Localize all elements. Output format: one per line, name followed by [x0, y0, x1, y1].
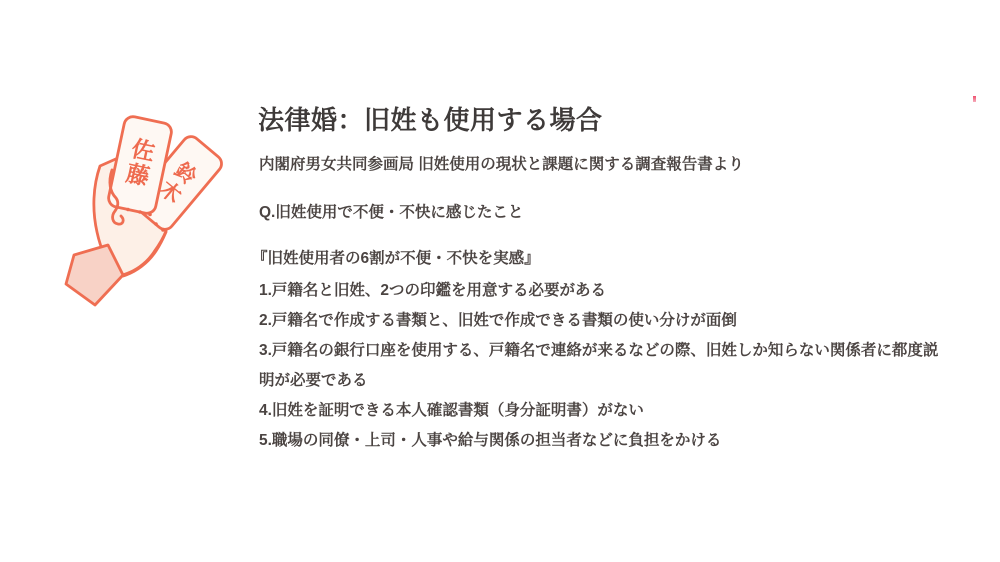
slide-page: 鈴木 佐藤 法律婚：旧姓も使用する場合 内閣府男女共同参画局 旧姓使用の現状と課…	[0, 0, 1000, 562]
list-item: 3.戸籍名の銀行口座を使用する、戸籍名で連絡が来るなどの際、旧姓しか知らない関係…	[259, 336, 947, 396]
cursor-artifact	[973, 96, 976, 102]
list-item: 2.戸籍名で作成する書類と、旧姓で作成できる書類の使い分けが面倒	[259, 306, 947, 336]
list-item: 1.戸籍名と旧姓、2つの印鑑を用意する必要がある	[259, 276, 947, 306]
source-reference-text: 内閣府男女共同参画局 旧姓使用の現状と課題に関する調査報告書より	[259, 153, 744, 177]
list-item: 5.職場の同僚・上司・人事や給与関係の担当者などに負担をかける	[259, 426, 947, 456]
list-item: 4.旧姓を証明できる本人確認書類（身分証明書）がない	[259, 396, 947, 426]
highlight-text: 『旧姓使用者の6割が不便・不快を実感』	[252, 244, 540, 274]
issues-list: 1.戸籍名と旧姓、2つの印鑑を用意する必要がある 2.戸籍名で作成する書類と、旧…	[259, 276, 947, 456]
hand-holding-name-cards-illustration: 鈴木 佐藤	[62, 92, 237, 307]
page-title: 法律婚：旧姓も使用する場合	[258, 103, 603, 137]
question-text: Q.旧姓使用で不便・不快に感じたこと	[259, 201, 523, 225]
